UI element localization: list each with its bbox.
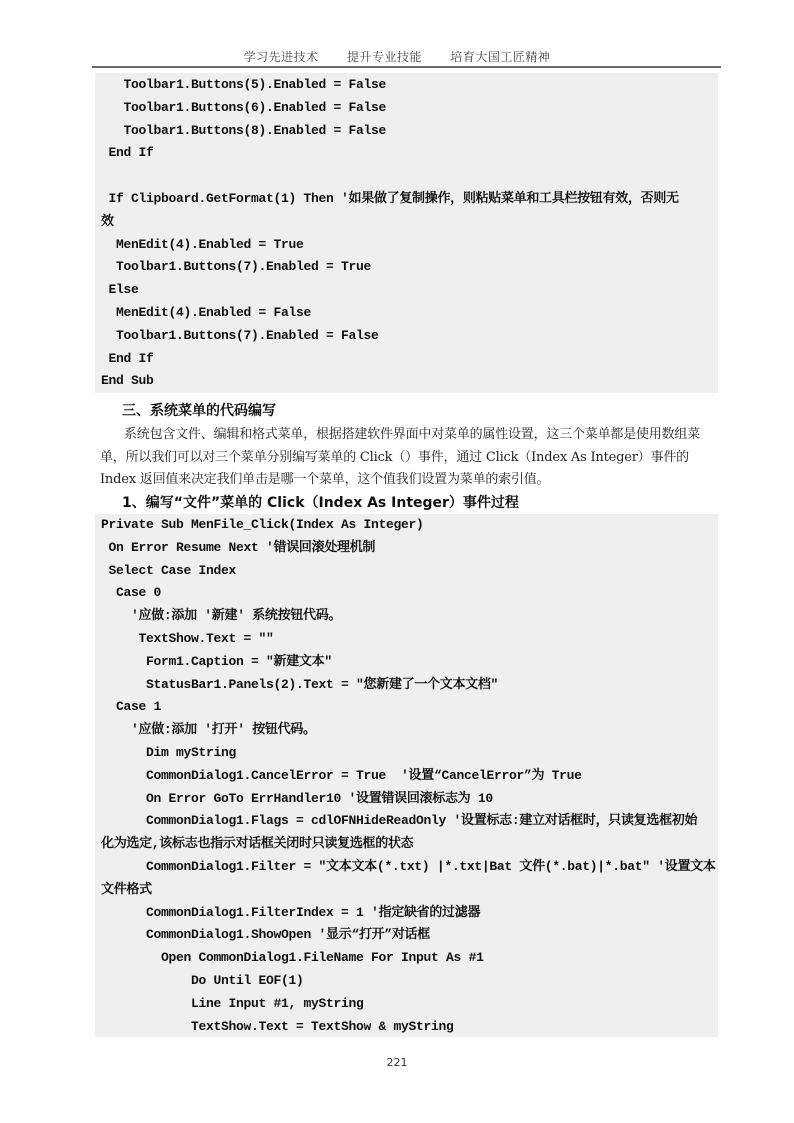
code-line: MenEdit(4).Enabled = True	[101, 234, 712, 257]
code-line: CommonDialog1.CancelError = True '设置“Can…	[101, 765, 712, 788]
code-line: On Error GoTo ErrHandler10 '设置错误回滚标志为 10	[101, 788, 712, 811]
code-line: 化为选定,该标志也指示对话框关闭时只读复选框的状态	[101, 833, 712, 856]
code-line: End Sub	[101, 370, 712, 393]
code-line: MenEdit(4).Enabled = False	[101, 302, 712, 325]
code-line: CommonDialog1.Filter = "文本文本(*.txt) |*.t…	[101, 856, 712, 879]
code-line: Toolbar1.Buttons(5).Enabled = False	[101, 74, 712, 97]
code-line: Toolbar1.Buttons(6).Enabled = False	[101, 97, 712, 120]
section-paragraph: 系统包含文件、编辑和格式菜单，根据搭建软件界面中对菜单的属性设置，这三个菜单都是…	[100, 424, 718, 492]
code-line: 文件格式	[101, 879, 712, 902]
code-line: StatusBar1.Panels(2).Text = "您新建了一个文本文档"	[101, 674, 712, 697]
code-line: End If	[101, 348, 712, 371]
section-heading: 三、系统菜单的代码编写	[122, 400, 276, 420]
code-line: CommonDialog1.Flags = cdlOFNHideReadOnly…	[101, 810, 712, 833]
header-divider	[92, 66, 721, 68]
code-line: Do Until EOF(1)	[101, 970, 712, 993]
code-line: TextShow.Text = ""	[101, 628, 712, 651]
code-line: Select Case Index	[101, 560, 712, 583]
code-line: Toolbar1.Buttons(7).Enabled = True	[101, 256, 712, 279]
code-line: Case 1	[101, 696, 712, 719]
header-slogan-3: 培育大国工匠精神	[450, 50, 550, 64]
header-slogan-1: 学习先进技术	[244, 50, 319, 64]
code-line: Toolbar1.Buttons(8).Enabled = False	[101, 120, 712, 143]
subsection-heading: 1、编写“文件”菜单的 Click（Index As Integer）事件过程	[122, 492, 519, 512]
code-line: TextShow.Text = TextShow & myString	[101, 1016, 712, 1039]
code-line: 效	[101, 211, 712, 234]
code-line: CommonDialog1.FilterIndex = 1 '指定缺省的过滤器	[101, 902, 712, 925]
code-line: Private Sub MenFile_Click(Index As Integ…	[101, 514, 712, 537]
code-line: Line Input #1, myString	[101, 993, 712, 1016]
code-line: Case 0	[101, 582, 712, 605]
code-line: End If	[101, 142, 712, 165]
code-line: If Clipboard.GetFormat(1) Then '如果做了复制操作…	[101, 188, 712, 211]
code-line: '应做:添加 '新建' 系统按钮代码。	[101, 605, 712, 628]
page-number: 221	[0, 1056, 794, 1069]
code-line: On Error Resume Next '错误回滚处理机制	[101, 537, 712, 560]
page-header: 学习先进技术 提升专业技能 培育大国工匠精神	[0, 48, 794, 65]
code-line: Dim myString	[101, 742, 712, 765]
code-block-2: Private Sub MenFile_Click(Index As Integ…	[95, 514, 718, 1037]
code-line: Toolbar1.Buttons(7).Enabled = False	[101, 325, 712, 348]
code-line: CommonDialog1.ShowOpen '显示“打开”对话框	[101, 924, 712, 947]
code-line: Open CommonDialog1.FileName For Input As…	[101, 947, 712, 970]
code-line: Else	[101, 279, 712, 302]
header-slogan-2: 提升专业技能	[347, 50, 422, 64]
code-block-1: Toolbar1.Buttons(5).Enabled = False Tool…	[95, 73, 718, 393]
code-line	[101, 165, 712, 188]
code-line: '应做:添加 '打开' 按钮代码。	[101, 719, 712, 742]
code-line: Form1.Caption = "新建文本"	[101, 651, 712, 674]
